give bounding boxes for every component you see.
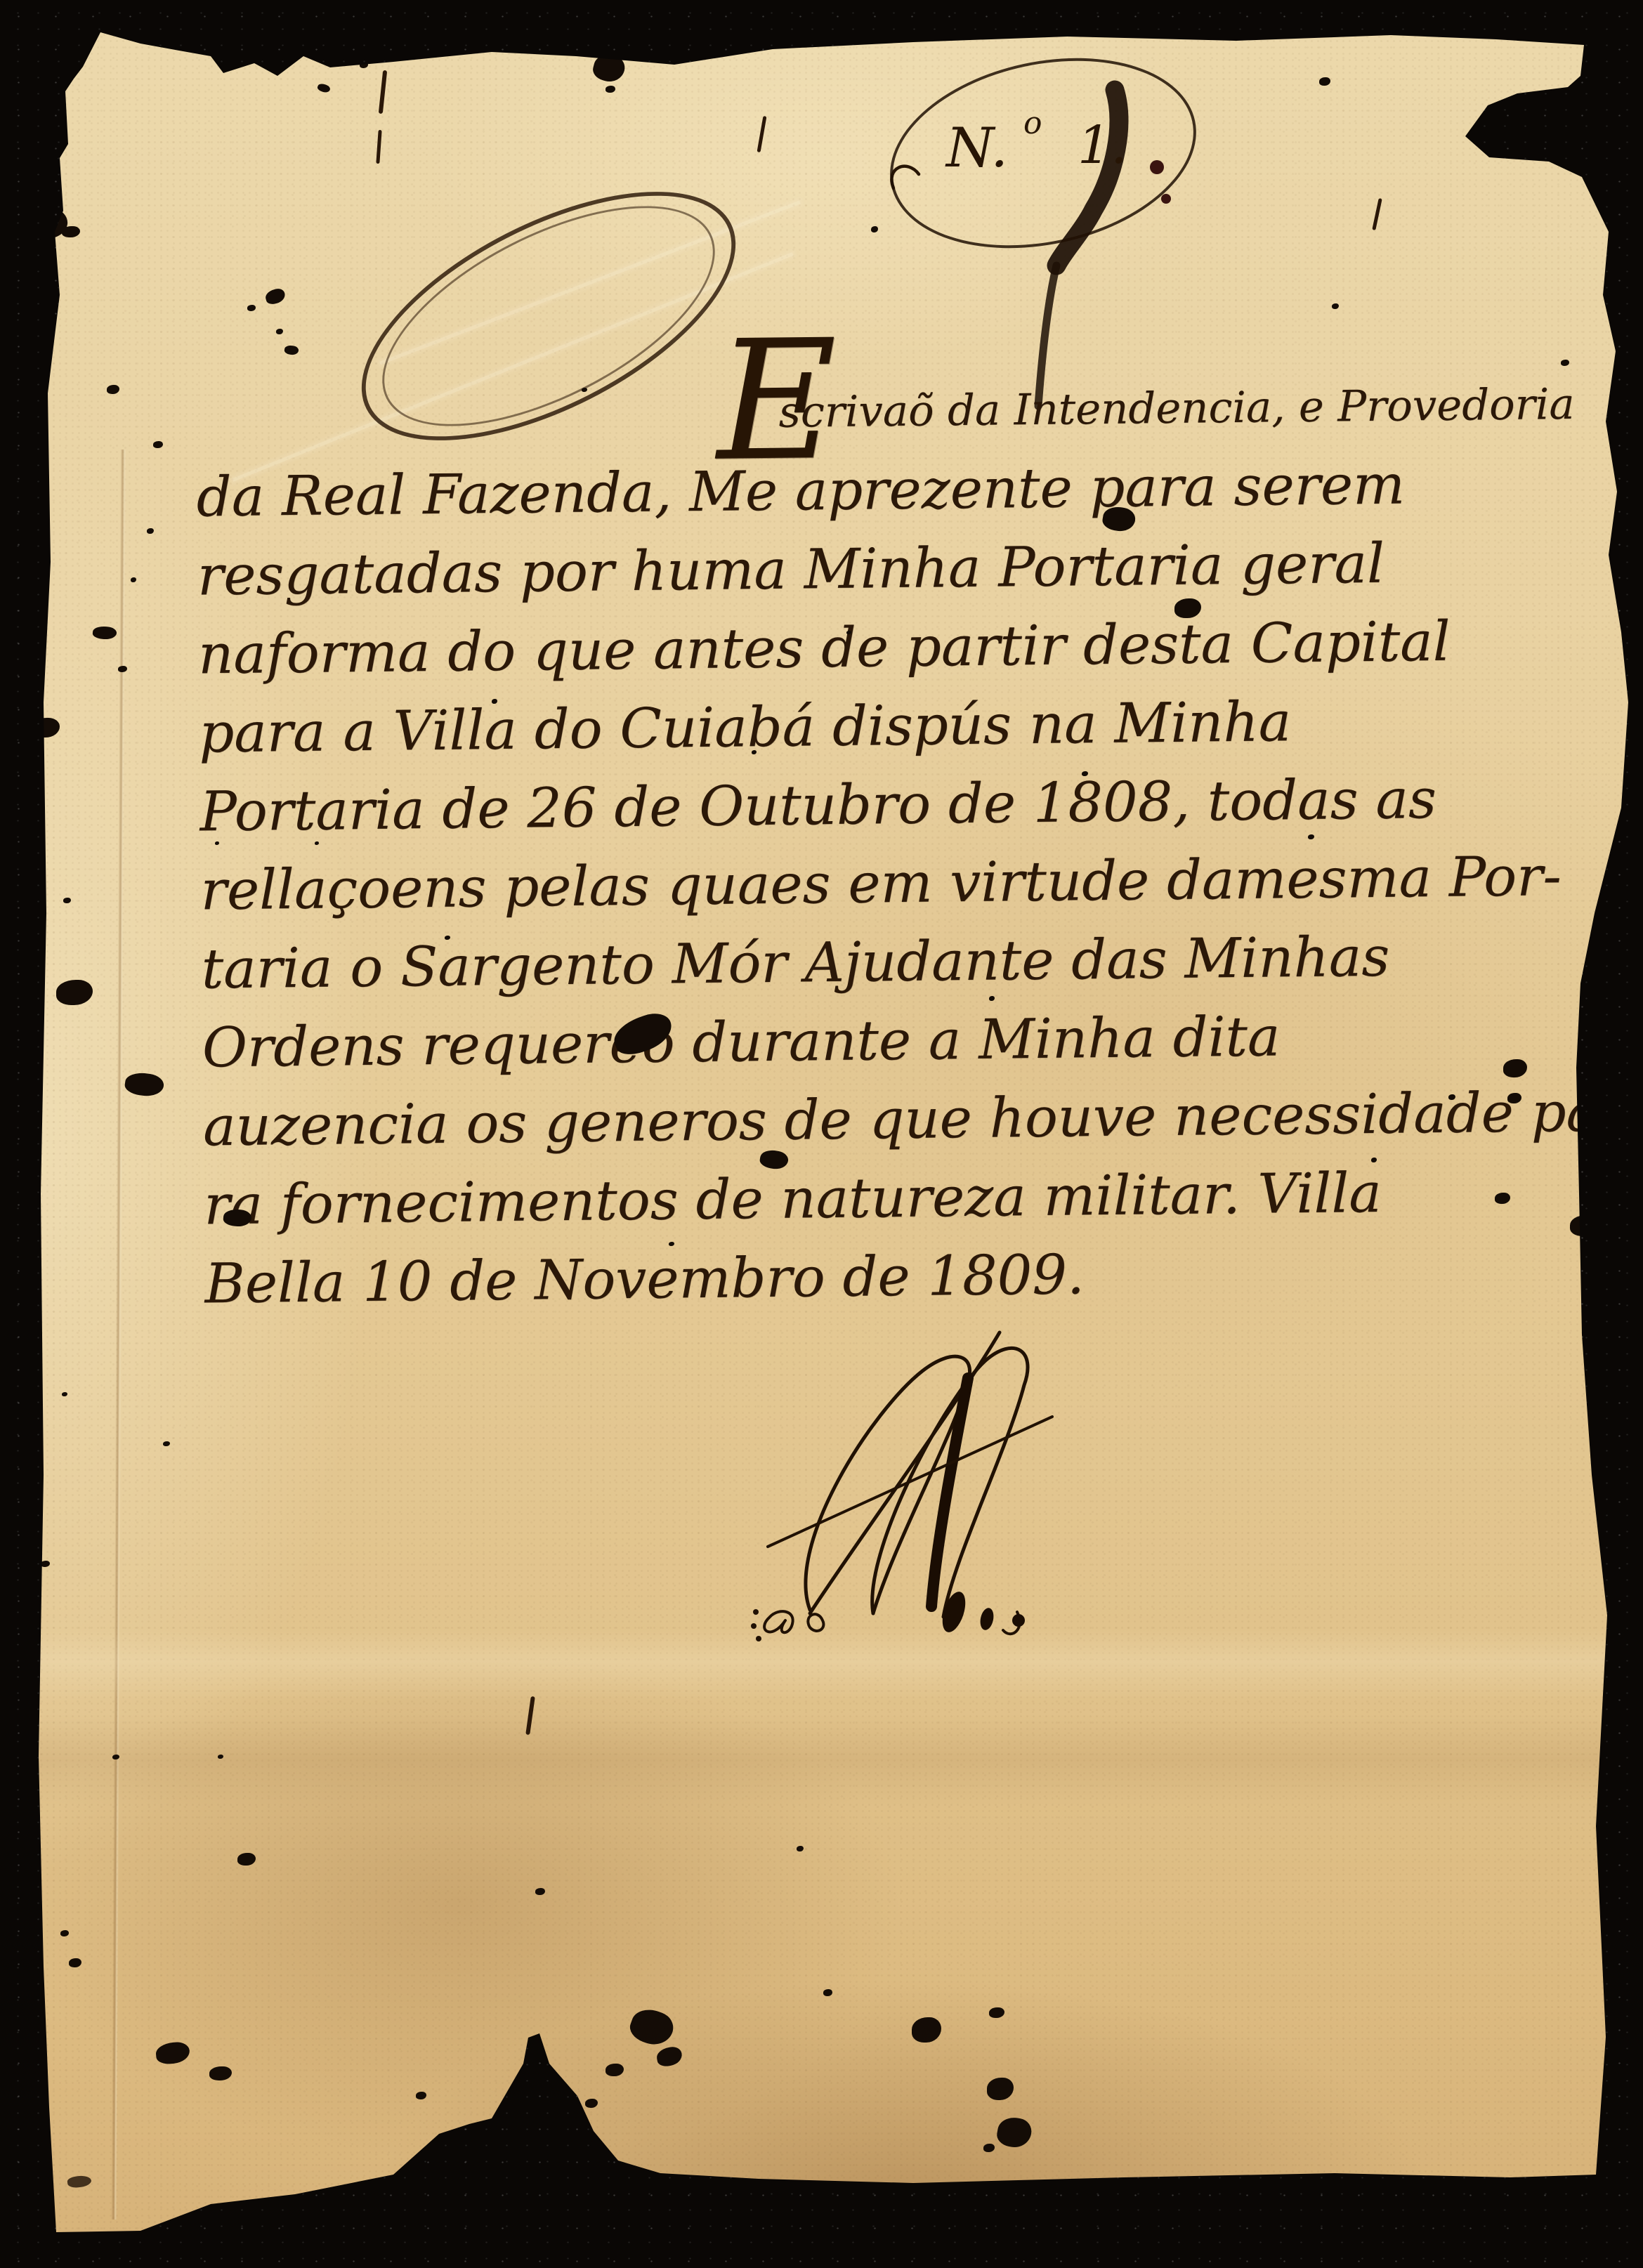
manuscript-line: rellaçoens pelas quaes em virtude damesm… [200, 837, 1599, 931]
ink-blot [627, 2004, 678, 2050]
ink-blot [56, 980, 93, 1005]
ink-blot [62, 226, 80, 237]
ink-blot [7, 982, 35, 995]
ink-blot [591, 51, 627, 85]
ink-blot [797, 1846, 804, 1851]
ink-blot [247, 305, 256, 311]
pen-mark [757, 116, 767, 152]
ink-blot [995, 2115, 1034, 2150]
ink-blot [92, 626, 117, 641]
ink-blot [107, 385, 119, 394]
manuscript-line: naforma do que antes de partir desta Cap… [198, 601, 1597, 695]
ink-blot [18, 760, 32, 770]
ink-blot [535, 1888, 545, 1895]
ink-blot [912, 2017, 941, 2043]
ink-blot [983, 2144, 995, 2152]
manuscript-line: Ordens requereo durante a Minha dita [202, 995, 1600, 1088]
ink-blot [118, 666, 127, 672]
ink-blot [41, 1561, 50, 1567]
photographed-manuscript: N. o 1. E scrivaõ da Intendencia, e Prov… [0, 0, 1643, 2268]
ink-blot [487, 35, 492, 39]
ink-blot [1332, 303, 1339, 309]
ink-blot [264, 287, 287, 306]
manuscript-line: da Real Fazenda, Me aprezente para serem [196, 444, 1595, 537]
ink-blot [147, 528, 154, 534]
paper-sheet: N. o 1. E scrivaõ da Intendencia, e Prov… [0, 0, 1643, 2268]
ink-blot [989, 2007, 1004, 2018]
ink-blot [276, 329, 283, 334]
manuscript-line: para a Villa do Cuiabá dispús na Minha [199, 680, 1597, 773]
pen-mark [379, 70, 387, 114]
ink-blot [284, 344, 299, 355]
ink-blot [35, 310, 44, 317]
manuscript-line: Portaria de 26 de Outubro de 1808, todas… [199, 759, 1598, 852]
signature-rubric [743, 1308, 1080, 1645]
ink-blot [606, 86, 615, 93]
ink-blot [871, 226, 878, 232]
ink-blot [416, 2092, 426, 2099]
ink-blot [209, 2066, 232, 2080]
ink-blot [585, 2099, 598, 2108]
ink-blot [987, 2078, 1014, 2100]
ink-blot [13, 201, 70, 243]
ink-blot [360, 62, 368, 68]
vertical-fold-crease [111, 450, 126, 2220]
ink-blot [1570, 1215, 1599, 1236]
ink-blot [155, 2041, 190, 2065]
ink-blot [62, 1392, 67, 1396]
drop-cap-initial: E [716, 318, 838, 485]
ink-blot [317, 82, 332, 93]
ink-blot [153, 441, 163, 448]
ink-blot [237, 1853, 256, 1866]
ink-blot [60, 1930, 69, 1936]
manuscript-line: ra fornecimentos de natureza militar. Vi… [204, 1152, 1602, 1245]
corner-smudge [67, 2175, 92, 2189]
paper-tone-band [0, 1714, 1643, 1805]
manuscript-line: auzencia os generos de que houve necessi… [203, 1073, 1602, 1167]
pen-mark [376, 130, 381, 164]
number-value: 1. [1078, 115, 1127, 176]
ink-blot [163, 1441, 170, 1446]
ink-blot [823, 1989, 832, 1996]
ink-blot [747, 44, 753, 48]
number-ordinal: o [1023, 105, 1042, 141]
ink-blot [63, 898, 71, 903]
pen-mark [1372, 198, 1382, 230]
number-prefix: N. [946, 117, 1008, 180]
ink-blot [655, 2045, 683, 2068]
ink-blot [32, 718, 60, 738]
ink-blot [13, 270, 31, 284]
ink-blot [131, 577, 136, 582]
letter-body: E scrivaõ da Intendencia, e Provedoria d… [195, 365, 1603, 1324]
ink-blot [606, 2064, 624, 2076]
ink-blot [1319, 77, 1330, 86]
manuscript-line: scrivaõ da Intendencia, e Provedoria [195, 365, 1594, 459]
ink-blot [69, 1958, 81, 1967]
manuscript-line: resgatadas por huma Minha Portaria geral [197, 523, 1595, 616]
ink-blot [306, 44, 329, 58]
manuscript-line: taria o Sargento Mór Ajudante das Minhas [201, 916, 1599, 1009]
ink-blot [124, 1070, 165, 1098]
